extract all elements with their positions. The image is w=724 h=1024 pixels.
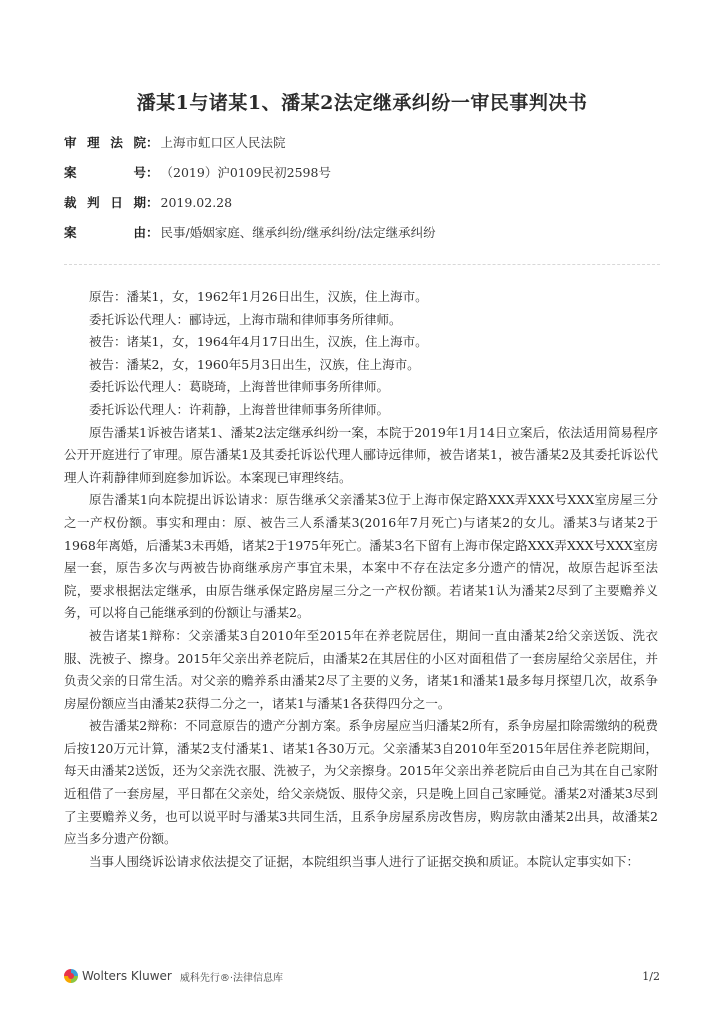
paragraph: 被告潘某2辩称：不同意原告的遗产分割方案。系争房屋应当归潘某2所有，系争房屋扣除… (64, 715, 658, 851)
meta-row-cause: 案 由 ： 民事/婚姻家庭、继承纠纷/继承纠纷/法定继承纠纷 (64, 224, 664, 254)
judgment-body: 原告：潘某1，女，1962年1月26日出生，汉族，住上海市。 委托诉讼代理人：郦… (64, 286, 658, 873)
paragraph: 被告：诸某1，女，1964年4月17日出生，汉族，住上海市。 (64, 331, 658, 354)
case-metadata: 审 理 法 院 ： 上海市虹口区人民法院 案 号 ： （2019）沪0109民初… (64, 134, 664, 254)
label-char: 审 (64, 134, 77, 164)
label-char: 日 (110, 194, 123, 224)
colon: ： (146, 164, 159, 194)
meta-row-judgment-date: 裁 判 日 期 ： 2019.02.28 (64, 194, 664, 224)
label-char: 裁 (64, 194, 77, 224)
judgment-date-value: 2019.02.28 (159, 194, 233, 224)
label-char: 号 (133, 164, 146, 194)
paragraph: 委托诉讼代理人：葛晓琦，上海普世律师事务所律师。 (64, 376, 658, 399)
colon: ： (146, 134, 159, 164)
paragraph: 原告潘某1向本院提出诉讼请求：原告继承父亲潘某3位于上海市保定路XXX弄XXX号… (64, 489, 658, 625)
brand-cn-name: 威科先行®·法律信息库 (180, 969, 283, 984)
label-char: 期 (133, 194, 146, 224)
dashed-divider (64, 264, 660, 265)
label-char: 判 (87, 194, 100, 224)
meta-label: 审 理 法 院 (64, 134, 146, 164)
document-title: 潘某1与诸某1、潘某2法定继承纠纷一审民事判决书 (0, 88, 724, 115)
court-value: 上海市虹口区人民法院 (159, 134, 286, 164)
wolters-kluwer-logo-icon (64, 969, 78, 983)
label-char: 案 (64, 164, 77, 194)
colon: ： (146, 224, 159, 254)
brand-name: Wolters Kluwer (82, 969, 172, 983)
page-number: 1/2 (642, 970, 660, 983)
label-char: 理 (87, 134, 100, 164)
paragraph: 被告诸某1辩称：父亲潘某3自2010年至2015年在养老院居住，期间一直由潘某2… (64, 625, 658, 715)
paragraph: 原告：潘某1，女，1962年1月26日出生，汉族，住上海市。 (64, 286, 658, 309)
colon: ： (146, 194, 159, 224)
meta-label: 案 由 (64, 224, 146, 254)
case-number-value: （2019）沪0109民初2598号 (159, 164, 331, 194)
paragraph: 被告：潘某2，女，1960年5月3日出生，汉族，住上海市。 (64, 354, 658, 377)
paragraph: 原告潘某1诉被告诸某1、潘某2法定继承纠纷一案，本院于2019年1月14日立案后… (64, 422, 658, 490)
label-char: 案 (64, 224, 77, 254)
meta-label: 案 号 (64, 164, 146, 194)
meta-row-case-number: 案 号 ： （2019）沪0109民初2598号 (64, 164, 664, 194)
meta-label: 裁 判 日 期 (64, 194, 146, 224)
paragraph: 当事人围绕诉讼请求依法提交了证据，本院组织当事人进行了证据交换和质证。本院认定事… (64, 851, 658, 874)
label-char: 法 (110, 134, 123, 164)
paragraph: 委托诉讼代理人：郦诗远，上海市瑞和律师事务所律师。 (64, 309, 658, 332)
paragraph: 委托诉讼代理人：许莉静，上海普世律师事务所律师。 (64, 399, 658, 422)
label-char: 由 (133, 224, 146, 254)
meta-row-court: 审 理 法 院 ： 上海市虹口区人民法院 (64, 134, 664, 164)
label-char: 院 (133, 134, 146, 164)
page-footer: Wolters Kluwer 威科先行®·法律信息库 1/2 (64, 966, 660, 986)
cause-value: 民事/婚姻家庭、继承纠纷/继承纠纷/法定继承纠纷 (159, 224, 436, 254)
